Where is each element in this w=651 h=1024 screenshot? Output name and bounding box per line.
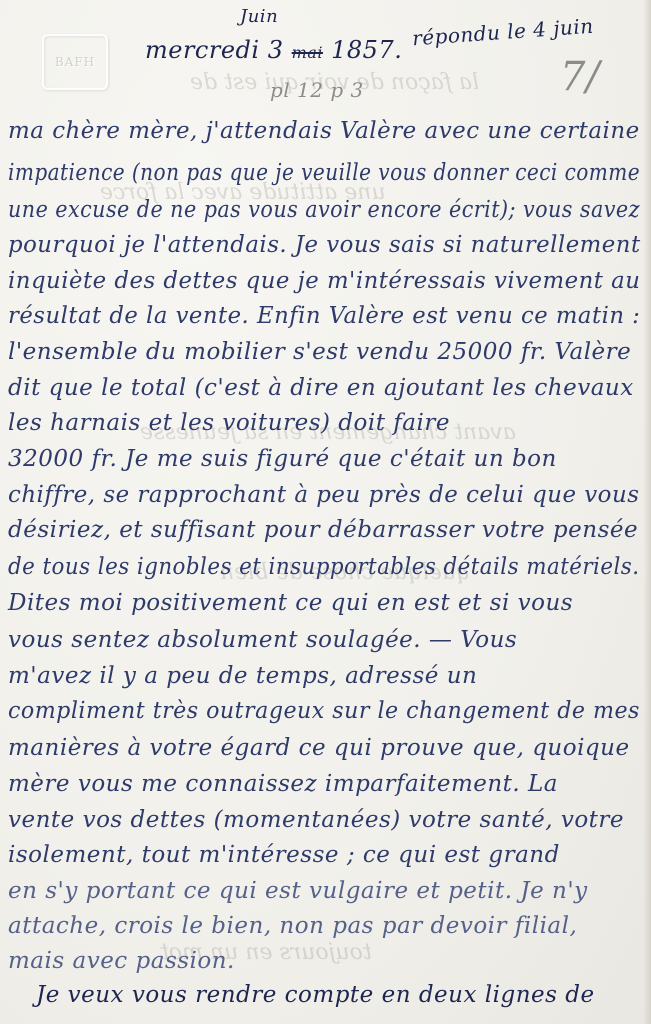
letter-line: manières à votre égard ce qui prouve que… <box>8 735 630 761</box>
letter-page: la façon de voir qui est de une attitude… <box>0 0 651 1024</box>
letter-line: résultat de la vente. Enfin Valère est v… <box>8 303 640 329</box>
date-insert-juin: Juin <box>240 6 278 27</box>
embossed-stamp: BAFH <box>42 34 108 90</box>
letter-line: une excuse de ne pas vous avoir encore é… <box>8 197 640 223</box>
letter-line: 32000 fr. Je me suis figuré que c'était … <box>8 446 557 472</box>
letter-line: chiffre, se rapprochant à peu près de ce… <box>8 482 639 508</box>
letter-line: impatience (non pas que je veuille vous … <box>8 160 640 186</box>
date-year: 1857. <box>331 36 402 64</box>
letter-line: dit que le total (c'est à dire en ajouta… <box>8 375 634 401</box>
reply-note: répondu le 4 juin <box>411 14 594 51</box>
letter-line: m'avez il y a peu de temps, adressé un <box>8 663 477 689</box>
letter-line: inquiète des dettes que je m'intéressais… <box>8 268 640 294</box>
letter-line: les harnais et les voitures) doit faire <box>8 410 450 436</box>
date-weekday-day: mercredi 3 <box>145 36 284 64</box>
letter-line: de tous les ignobles et insupportables d… <box>8 554 639 580</box>
letter-line: ma chère mère, j'attendais Valère avec u… <box>8 118 640 144</box>
letter-line: en s'y portant ce qui est vulgaire et pe… <box>8 878 588 904</box>
date-line: mercredi 3 mai 1857. <box>145 36 402 64</box>
letter-line: compliment très outrageux sur le changem… <box>8 698 640 724</box>
paper-edge-shadow <box>643 0 651 1024</box>
pencil-reference: pl 12 p 3 <box>270 78 364 102</box>
letter-line: isolement, tout m'intéresse ; ce qui est… <box>8 842 560 868</box>
pencil-folio-mark: 7/ <box>560 54 600 100</box>
date-struck-month: mai <box>292 43 323 62</box>
letter-line: attache, crois le bien, non pas par devo… <box>8 913 577 939</box>
letter-line: Je veux vous rendre compte en deux ligne… <box>36 982 595 1008</box>
letter-line: désiriez, et suffisant pour débarrasser … <box>8 517 638 543</box>
letter-line: vous sentez absolument soulagée. — Vous <box>8 627 517 653</box>
letter-line: mais avec passion. <box>8 948 235 974</box>
letter-line: vente vos dettes (momentanées) votre san… <box>8 807 624 833</box>
letter-line: pourquoi je l'attendais. Je vous sais si… <box>8 232 641 258</box>
letter-line: l'ensemble du mobilier s'est vendu 25000… <box>8 339 631 365</box>
letter-line: mère vous me connaissez imparfaitement. … <box>8 771 558 797</box>
stamp-text: BAFH <box>55 55 95 69</box>
letter-line: Dites moi positivement ce qui en est et … <box>8 590 573 616</box>
